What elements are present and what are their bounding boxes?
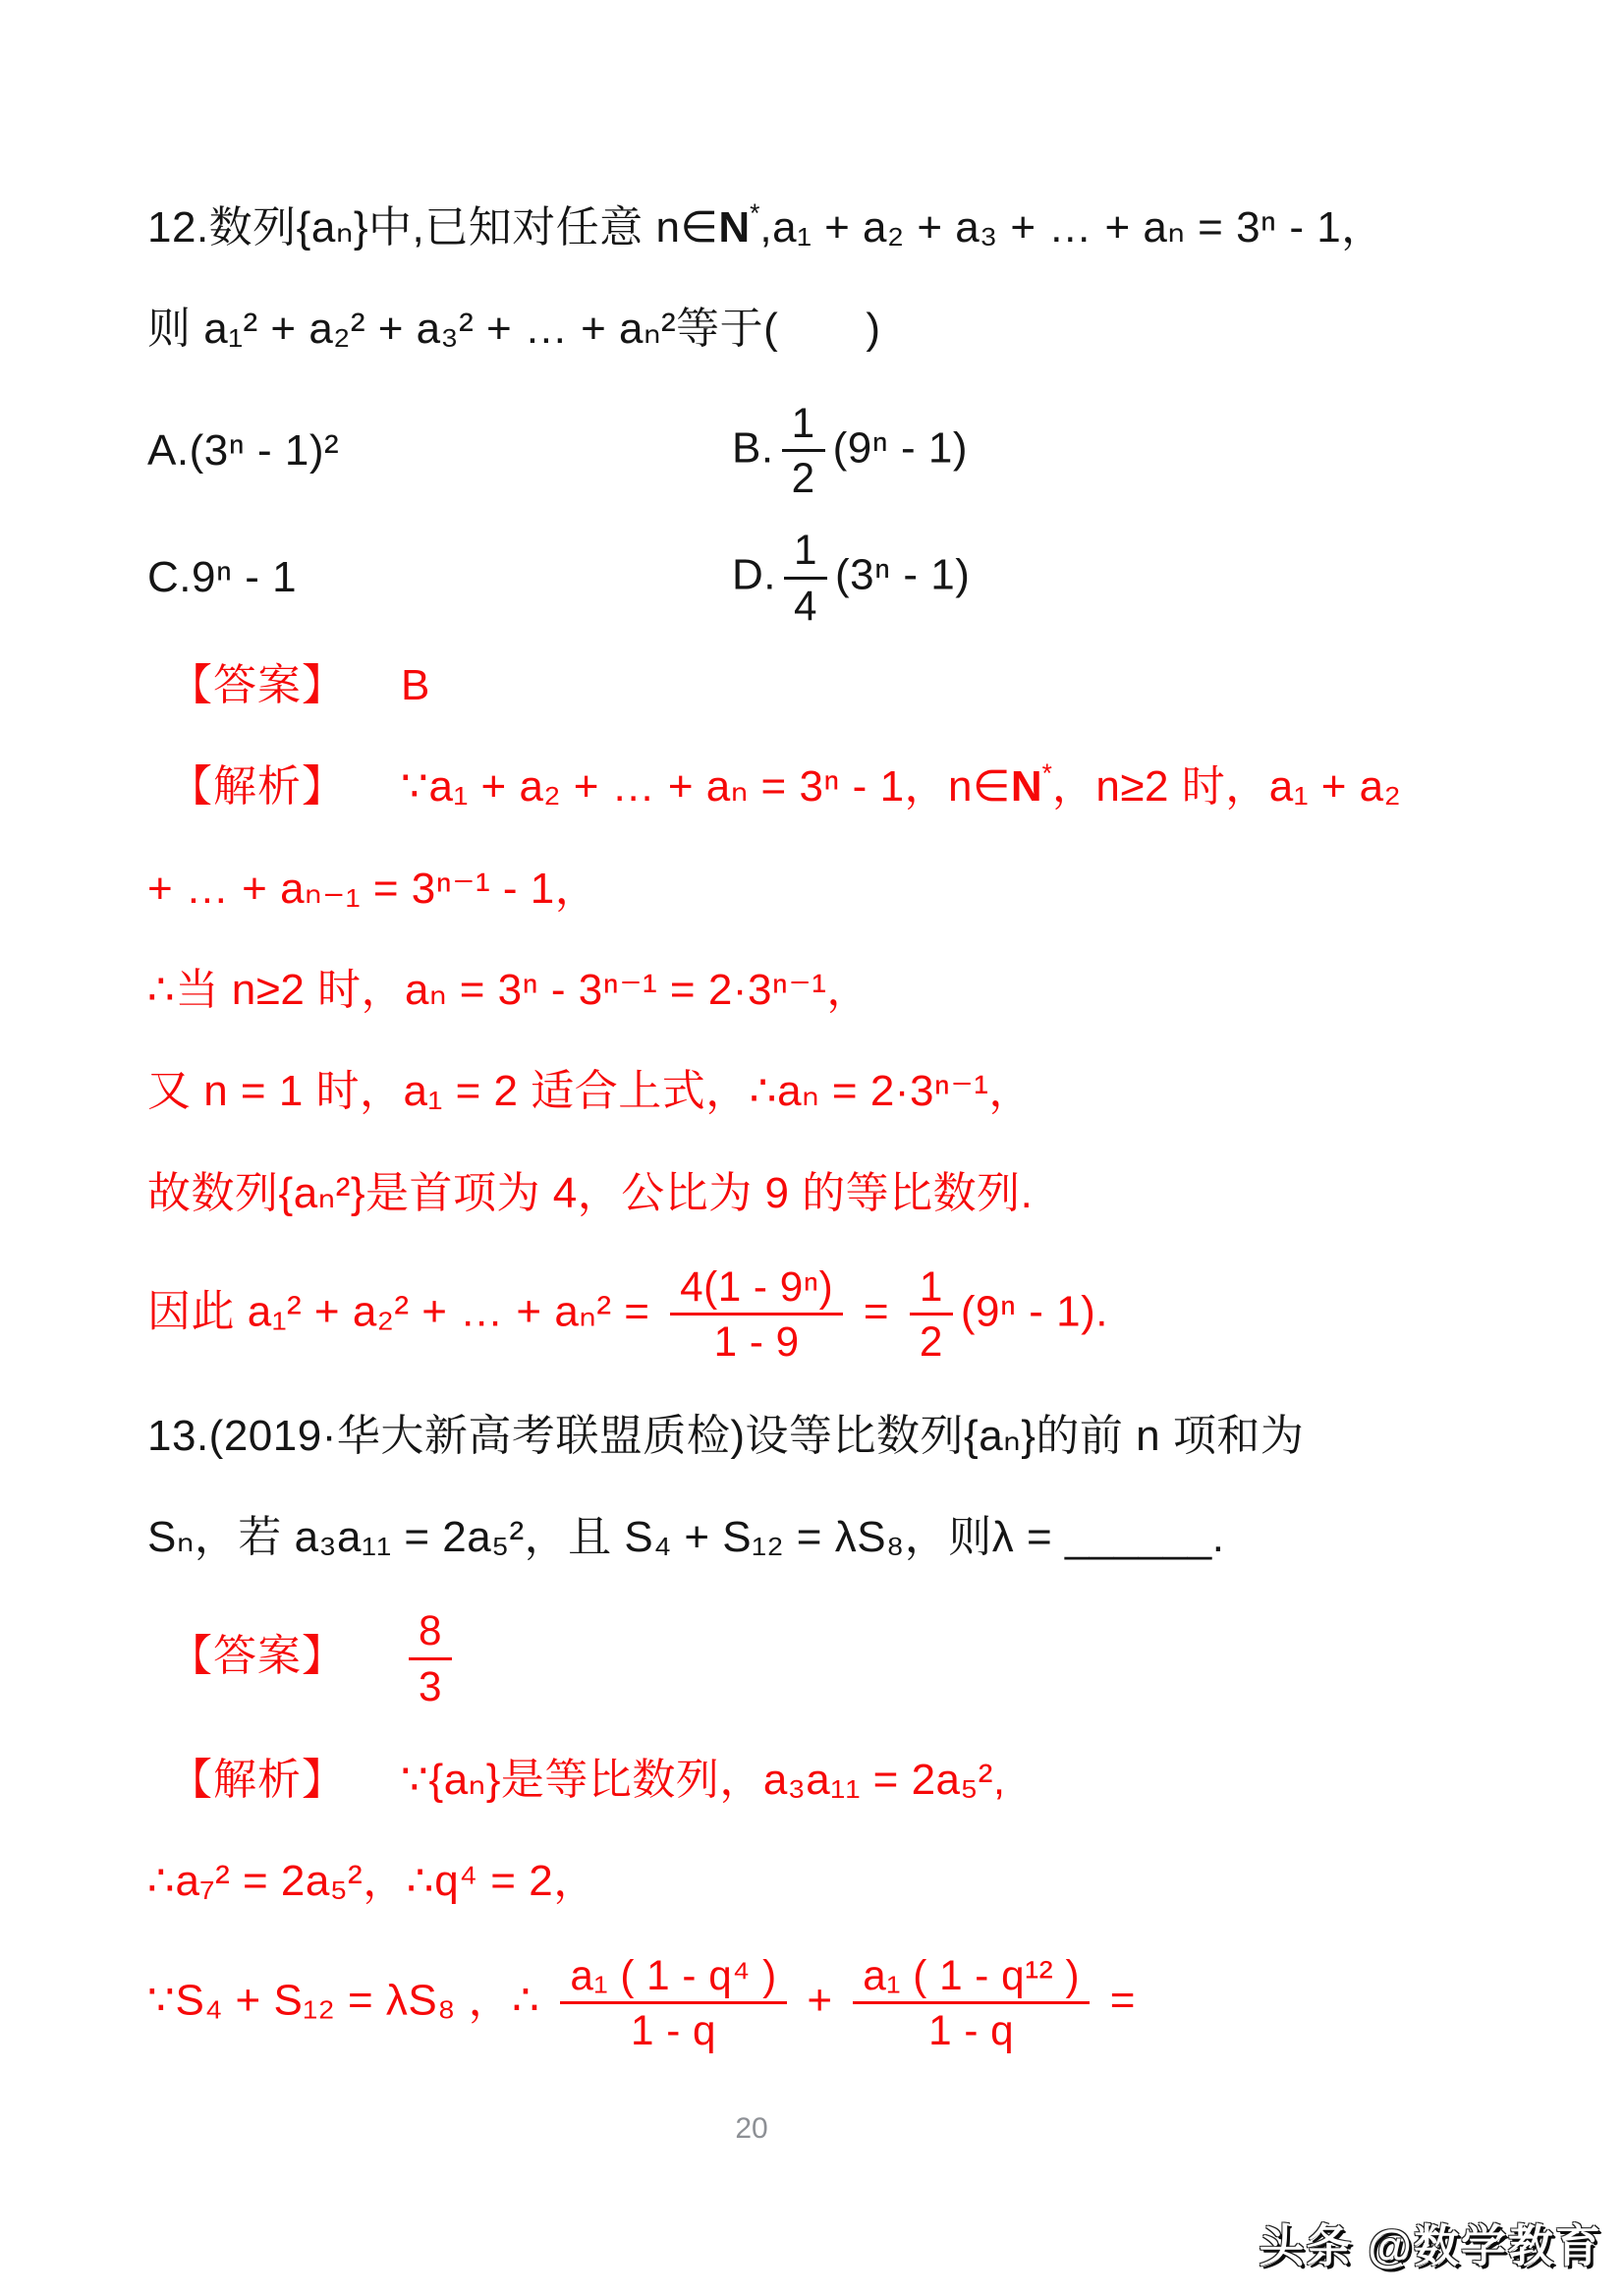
math-run: = [851, 1287, 902, 1335]
math-run: 3 [419, 1663, 442, 1709]
math-run: B [401, 661, 430, 709]
fraction-numerator: a₁ ( 1 - q¹² ) [853, 1952, 1090, 2004]
q13-analysis-line-3: ∵S₄ + S₁₂ = λS₈ ，∴ a₁ ( 1 - q⁴ )1 - q + … [147, 1952, 1542, 2054]
math-run: Sₙ，若 a₃a₁₁ = 2a₅²，且 S₄ + S₁₂ = λS₈，则λ = … [147, 1513, 1225, 1561]
fraction: 12 [910, 1263, 953, 1366]
watermark: 头条 @数学教育 [1259, 2211, 1602, 2275]
fraction-numerator: 4(1 - 9ⁿ) [670, 1263, 843, 1316]
math-run: 则 a₁² + a₂² + a₃² + … + aₙ²等于( ) [147, 305, 880, 353]
math-run: C.9ⁿ - 1 [147, 553, 297, 601]
fraction-denominator: 2 [910, 1316, 953, 1365]
fraction-denominator: 4 [784, 580, 827, 629]
content: 12.数列{aₙ}中,已知对任意 n∈N*,a₁ + a₂ + a₃ + … +… [147, 196, 1542, 2093]
q12-option-a: A.(3ⁿ - 1)² [147, 420, 732, 481]
math-run: B. [732, 423, 774, 472]
math-run: 因此 a₁² + a₂² + … + aₙ² = [147, 1287, 662, 1335]
math-run: a₁ ( 1 - q⁴ ) [570, 1952, 776, 1998]
fraction: 14 [784, 527, 827, 629]
math-run: 1 - 9 [714, 1318, 800, 1365]
math-run: 1 [794, 527, 817, 573]
q12-stem-line-2: 则 a₁² + a₂² + a₃² + … + aₙ²等于( ) [147, 298, 1542, 360]
q13-analysis-line-1: 【解析】∵{aₙ}是等比数列，a₃a₁₁ = 2a₅², [147, 1749, 1542, 1811]
math-run: (3ⁿ - 1) [835, 551, 970, 599]
math-run: 1 - q [631, 2007, 716, 2053]
page-number: 20 [0, 2112, 1503, 2146]
q12-analysis-line-4: 又 n = 1 时，a₁ = 2 适合上式，∴aₙ = 2·3ⁿ⁻¹， [147, 1060, 1542, 1122]
fraction-denominator: 1 - q [560, 2004, 786, 2053]
q12-option-b: B.12(9ⁿ - 1) [732, 400, 968, 502]
q13-stem-line-2: Sₙ，若 a₃a₁₁ = 2a₅²，且 S₄ + S₁₂ = λS₈，则λ = … [147, 1506, 1542, 1568]
section-label: 【解析】 [169, 762, 346, 811]
math-run: + [795, 1976, 846, 2024]
fraction-denominator: 1 - q [853, 2004, 1090, 2053]
fraction-numerator: 8 [409, 1607, 452, 1659]
fraction: 83 [409, 1607, 452, 1709]
fraction-numerator: 1 [910, 1263, 953, 1316]
math-run: ∴a₇² = 2a₅²，∴q⁴ = 2， [147, 1857, 597, 1905]
math-run: 1 [920, 1263, 943, 1310]
math-run: ∵{aₙ}是等比数列，a₃a₁₁ = 2a₅², [401, 1756, 1006, 1804]
fraction: 12 [782, 400, 825, 502]
math-run: a₁ ( 1 - q¹² ) [863, 1952, 1080, 1998]
fraction: a₁ ( 1 - q¹² )1 - q [853, 1952, 1090, 2054]
math-run: 又 n = 1 时，a₁ = 2 适合上式，∴aₙ = 2·3ⁿ⁻¹， [147, 1067, 1033, 1115]
section-label: 【解析】 [169, 1756, 346, 1804]
math-run: ∵a₁ + a₂ + … + aₙ = 3ⁿ - 1，n∈ [401, 762, 1011, 811]
math-run: + … + aₙ₋₁ = 3ⁿ⁻¹ - 1， [147, 865, 598, 913]
q12-option-d: D.14(3ⁿ - 1) [732, 527, 970, 629]
fraction-numerator: 1 [784, 527, 827, 579]
q12-analysis-line-5: 故数列{aₙ²}是首项为 4，公比为 9 的等比数列. [147, 1162, 1542, 1224]
math-run: 8 [419, 1607, 442, 1653]
q12-analysis-line-6: 因此 a₁² + a₂² + … + aₙ² = 4(1 - 9ⁿ)1 - 9 … [147, 1263, 1542, 1366]
q12-options-row-1: A.(3ⁿ - 1)²B.12(9ⁿ - 1) [147, 400, 1542, 502]
math-run: * [1042, 758, 1052, 788]
fraction-numerator: a₁ ( 1 - q⁴ ) [560, 1952, 786, 2004]
math-run: 1 - q [928, 2007, 1014, 2053]
fraction-numerator: 1 [782, 400, 825, 452]
fraction-denominator: 3 [409, 1660, 452, 1709]
q12-analysis-line-2: + … + aₙ₋₁ = 3ⁿ⁻¹ - 1， [147, 858, 1542, 920]
math-run: (9ⁿ - 1). [961, 1287, 1108, 1335]
math-run: N [1011, 762, 1042, 811]
math-run: 1 [792, 400, 815, 446]
q12-option-c: C.9ⁿ - 1 [147, 546, 732, 608]
math-run: 13.(2019·华大新高考联盟质检)设等比数列{aₙ}的前 n 项和为 [147, 1412, 1304, 1460]
q12-analysis-line-3: ∴当 n≥2 时，aₙ = 3ⁿ - 3ⁿ⁻¹ = 2·3ⁿ⁻¹， [147, 959, 1542, 1021]
q12-stem-line-1: 12.数列{aₙ}中,已知对任意 n∈N*,a₁ + a₂ + a₃ + … +… [147, 196, 1542, 258]
fraction: 4(1 - 9ⁿ)1 - 9 [670, 1263, 843, 1366]
math-run: D. [732, 551, 776, 599]
math-run: ,a₁ + a₂ + a₃ + … + aₙ = 3ⁿ - 1， [759, 203, 1384, 252]
math-run: = [1097, 1976, 1136, 2024]
math-run: 12.数列{aₙ}中,已知对任意 n∈ [147, 203, 718, 252]
math-run: * [750, 198, 759, 228]
math-run: 故数列{aₙ²}是首项为 4，公比为 9 的等比数列. [147, 1169, 1033, 1217]
math-run: (9ⁿ - 1) [833, 423, 968, 472]
math-run: ∵S₄ + S₁₂ = λS₈ ，∴ [147, 1976, 552, 2024]
math-run: 2 [920, 1318, 943, 1365]
q12-answer: 【答案】B [147, 654, 1542, 716]
q12-options-row-2: C.9ⁿ - 1D.14(3ⁿ - 1) [147, 527, 1542, 629]
math-run: 4 [794, 583, 817, 629]
q12-analysis-line-1: 【解析】∵a₁ + a₂ + … + aₙ = 3ⁿ - 1，n∈N*，n≥2 … [147, 756, 1542, 817]
math-run: 2 [792, 455, 815, 501]
fraction-denominator: 2 [782, 452, 825, 501]
math-run: ，n≥2 时，a₁ + a₂ [1052, 762, 1401, 811]
math-run: N [718, 203, 750, 252]
fraction: a₁ ( 1 - q⁴ )1 - q [560, 1952, 786, 2054]
math-run: ∴当 n≥2 时，aₙ = 3ⁿ - 3ⁿ⁻¹ = 2·3ⁿ⁻¹， [147, 966, 870, 1014]
q13-answer: 【答案】83 [147, 1607, 1542, 1709]
math-run: A.(3ⁿ - 1)² [147, 426, 339, 475]
math-run: 4(1 - 9ⁿ) [680, 1263, 833, 1310]
section-label: 【答案】 [169, 661, 346, 709]
q13-analysis-line-2: ∴a₇² = 2a₅²，∴q⁴ = 2， [147, 1850, 1542, 1912]
q13-stem-line-1: 13.(2019·华大新高考联盟质检)设等比数列{aₙ}的前 n 项和为 [147, 1405, 1542, 1467]
section-label: 【答案】 [169, 1632, 346, 1680]
fraction-denominator: 1 - 9 [670, 1316, 843, 1365]
